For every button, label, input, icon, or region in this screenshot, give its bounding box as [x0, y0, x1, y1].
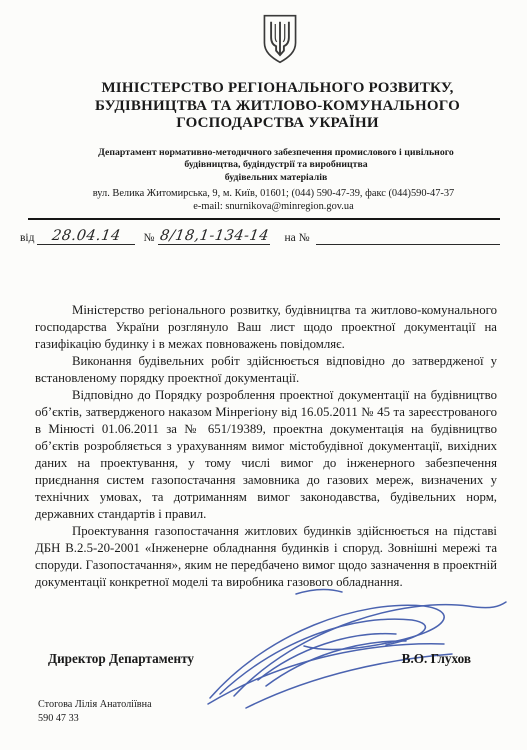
- signature-row: Директор Департаменту В.О. Глухов: [48, 651, 471, 667]
- executor-name: Стогова Лілія Анатоліївна: [38, 698, 152, 712]
- ref-date-field: 28.04.14: [37, 229, 135, 245]
- ref-reply-label: на №: [284, 232, 309, 245]
- contact-block: вул. Велика Житомирська, 9, м. Київ, 016…: [28, 187, 519, 213]
- body-paragraph-3: Відповідно до Порядку розроблення проект…: [35, 387, 497, 523]
- department-line-2: будівництва, будіндустрії та виробництва: [35, 159, 517, 171]
- handwritten-number: 8/18,1-134-14: [159, 229, 270, 244]
- ref-reply-field: [316, 228, 500, 245]
- body-paragraph-1: Міністерство регіонального розвитку, буд…: [35, 302, 497, 353]
- executor-phone: 590 47 33: [38, 712, 152, 726]
- body-paragraph-4: Проектування газопостачання житлових буд…: [35, 523, 497, 591]
- letter-body: Міністерство регіонального розвитку, буд…: [35, 302, 497, 591]
- executor-footer: Стогова Лілія Анатоліївна 590 47 33: [38, 698, 152, 725]
- header-divider-rule: [28, 218, 500, 220]
- reference-line: від 28.04.14 № 8/18,1-134-14 на №: [20, 228, 500, 245]
- department-line-3: будівельних матеріалів: [35, 172, 517, 184]
- signer-position-title: Директор Департаменту: [48, 651, 194, 667]
- ref-from-label: від: [20, 232, 34, 245]
- address-line: вул. Велика Житомирська, 9, м. Київ, 016…: [28, 187, 519, 200]
- ministry-title: МІНІСТЕРСТВО РЕГІОНАЛЬНОГО РОЗВИТКУ, БУД…: [40, 80, 515, 133]
- signer-name: В.О. Глухов: [402, 651, 471, 667]
- department-subtitle: Департамент нормативно-методичного забез…: [35, 147, 517, 184]
- letter-document: МІНІСТЕРСТВО РЕГІОНАЛЬНОГО РОЗВИТКУ, БУД…: [0, 0, 527, 750]
- ref-number-label: №: [143, 232, 154, 245]
- ministry-title-line-3: ГОСПОДАРСТВА УКРАЇНИ: [40, 115, 515, 133]
- ministry-title-line-1: МІНІСТЕРСТВО РЕГІОНАЛЬНОГО РОЗВИТКУ,: [40, 80, 515, 98]
- handwritten-date: 28.04.14: [51, 229, 122, 244]
- ministry-title-line-2: БУДІВНИЦТВА ТА ЖИТЛОВО-КОМУНАЛЬНОГО: [40, 98, 515, 116]
- department-line-1: Департамент нормативно-методичного забез…: [35, 147, 517, 159]
- email-line: e-mail: snurnikova@minregion.gov.ua: [28, 200, 519, 213]
- ukraine-trident-emblem-icon: [261, 14, 299, 69]
- body-paragraph-2: Виконання будівельних робіт здійснюється…: [35, 353, 497, 387]
- ref-number-field: 8/18,1-134-14: [158, 229, 270, 245]
